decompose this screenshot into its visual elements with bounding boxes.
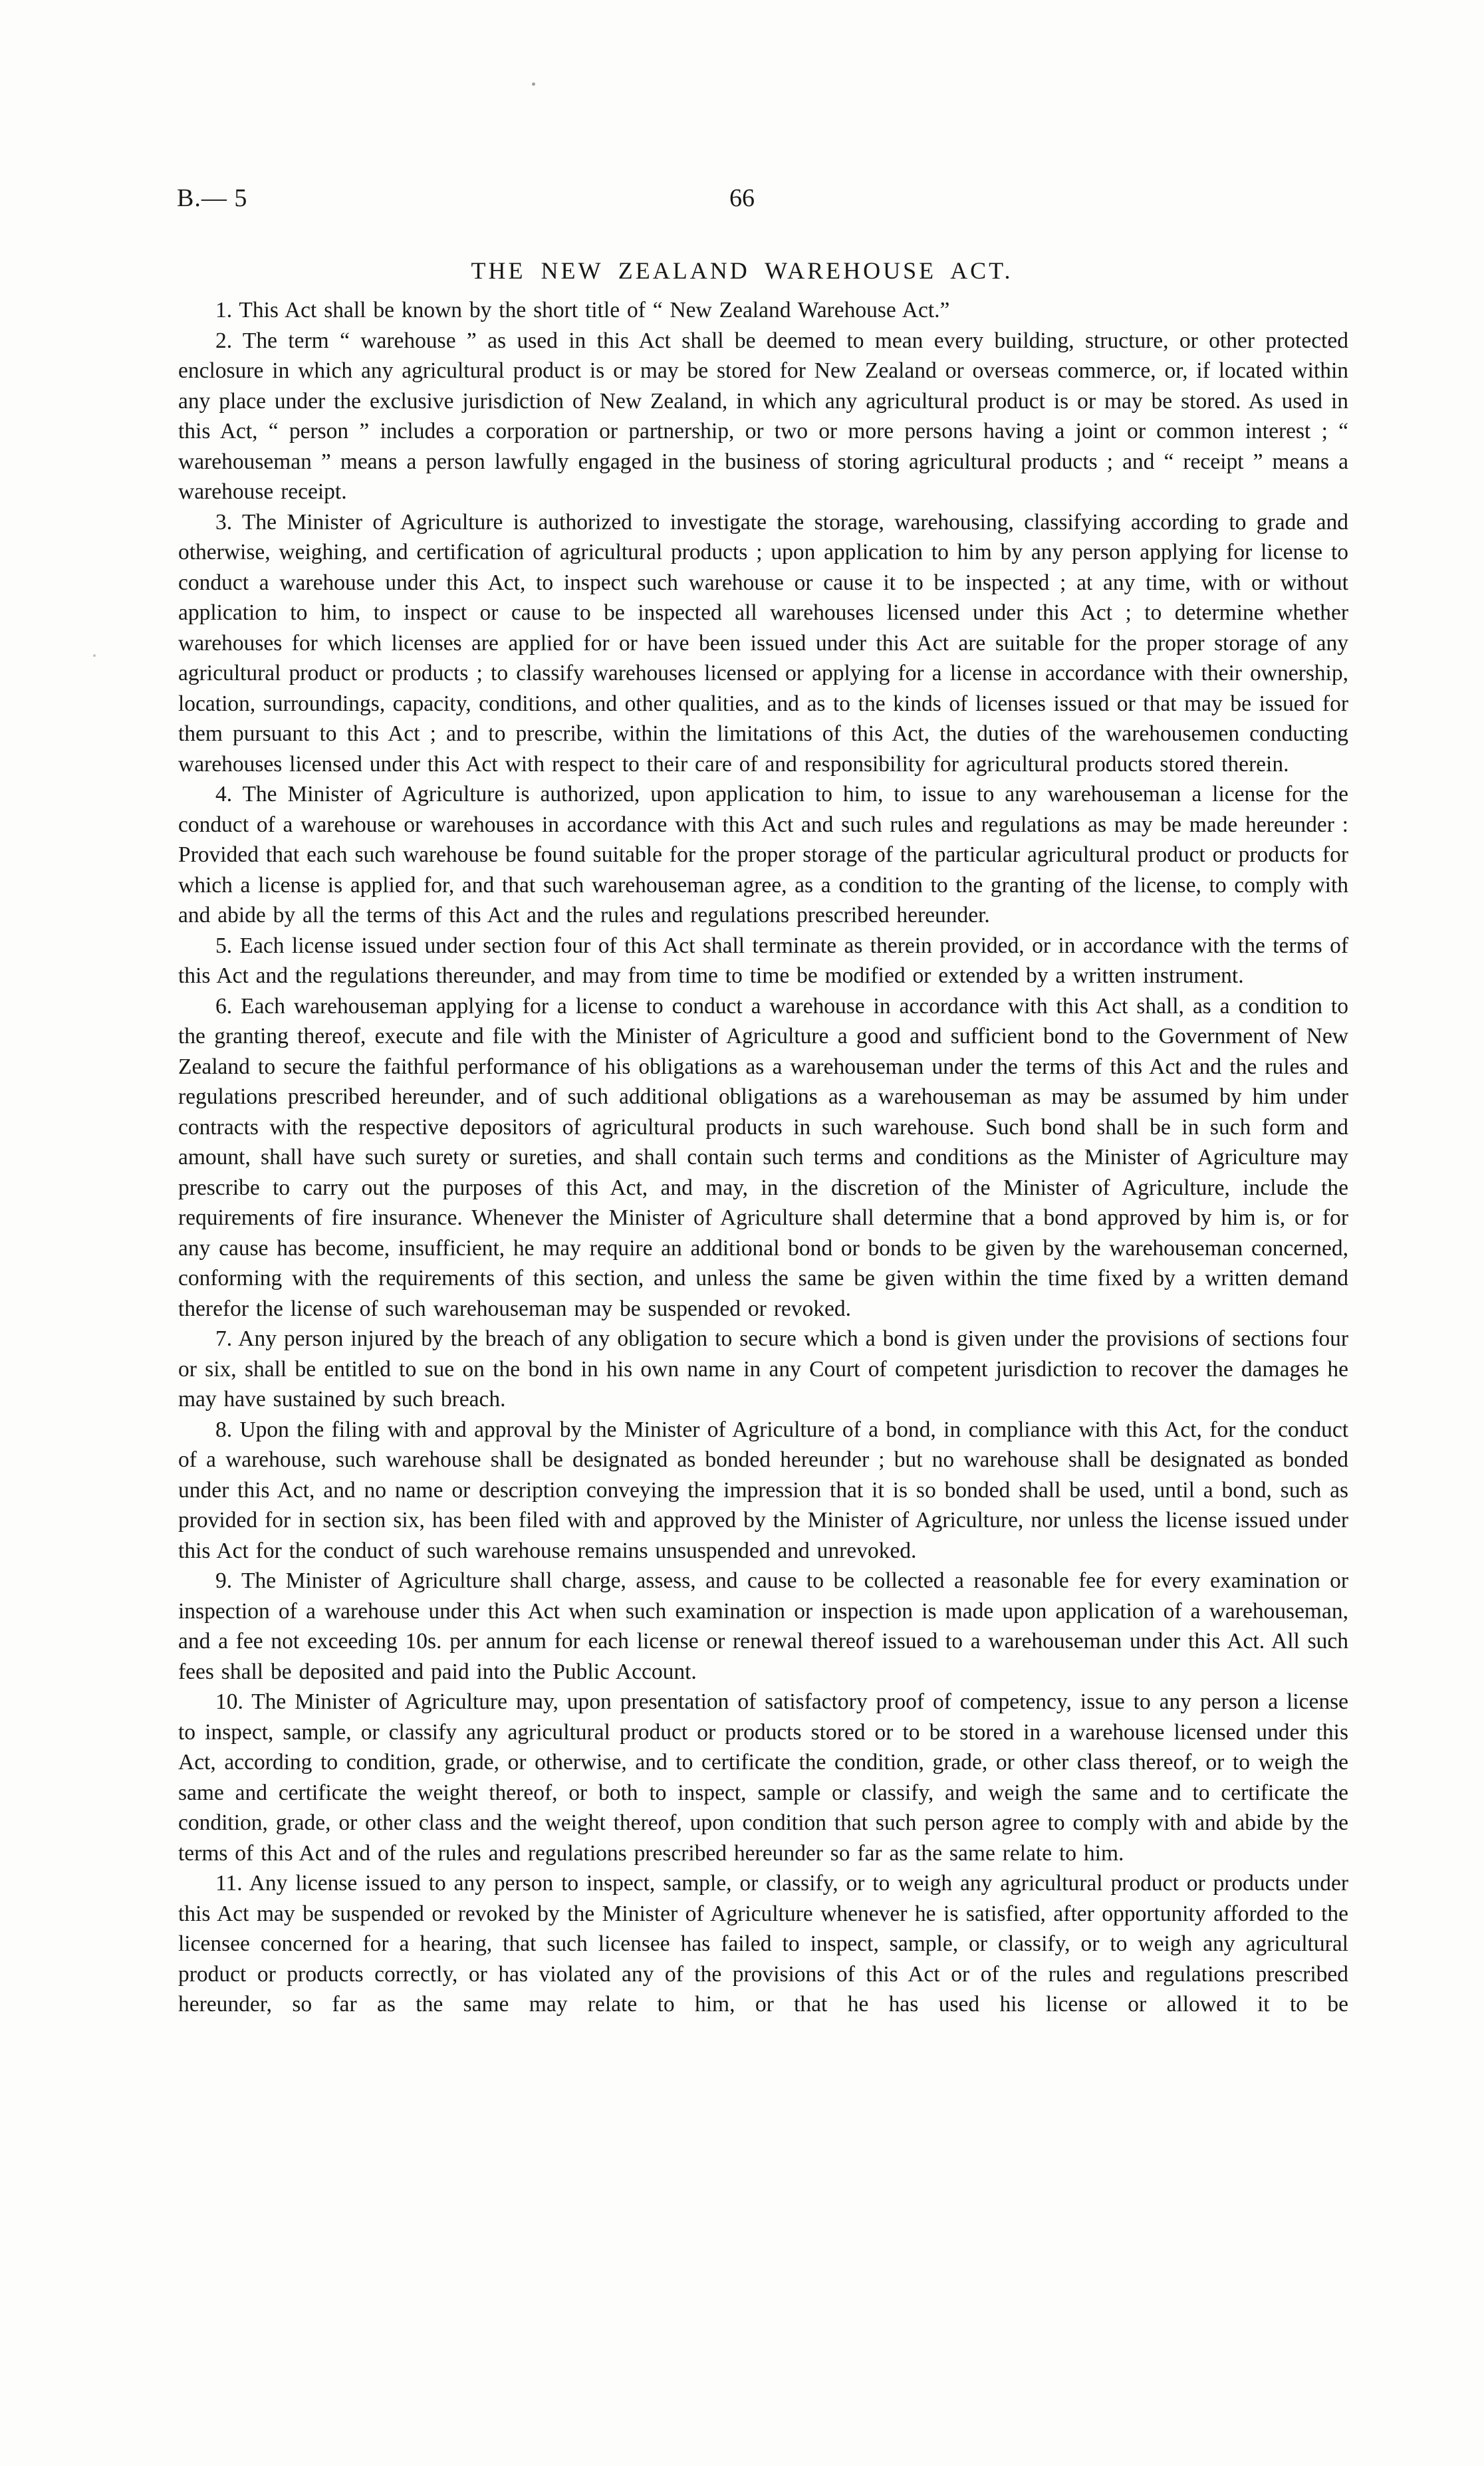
act-section-10: 10. The Minister of Agriculture may, upo… <box>178 1687 1348 1868</box>
act-section-6: 6. Each warehouseman applying for a lice… <box>178 991 1348 1324</box>
act-section-9: 9. The Minister of Agriculture shall cha… <box>178 1566 1348 1687</box>
running-head: B.— 5 66 <box>0 184 1484 215</box>
act-section-2: 2. The term “ warehouse ” as used in thi… <box>178 326 1348 507</box>
act-title: THE NEW ZEALAND WAREHOUSE ACT. <box>0 257 1484 285</box>
act-section-5: 5. Each license issued under section fou… <box>178 931 1348 991</box>
page-number: 66 <box>0 184 1484 213</box>
act-section-3: 3. The Minister of Agriculture is author… <box>178 507 1348 780</box>
act-section-11: 11. Any license issued to any person to … <box>178 1868 1348 2020</box>
act-section-8: 8. Upon the filing with and approval by … <box>178 1415 1348 1566</box>
scan-speck <box>532 82 535 86</box>
act-section-1: 1. This Act shall be known by the short … <box>178 295 1348 326</box>
act-section-7: 7. Any person injured by the breach of a… <box>178 1324 1348 1415</box>
act-body: 1. This Act shall be known by the short … <box>178 295 1348 2020</box>
document-page: B.— 5 66 THE NEW ZEALAND WAREHOUSE ACT. … <box>0 0 1484 2466</box>
scan-speck <box>93 654 96 657</box>
act-section-4: 4. The Minister of Agriculture is author… <box>178 779 1348 931</box>
